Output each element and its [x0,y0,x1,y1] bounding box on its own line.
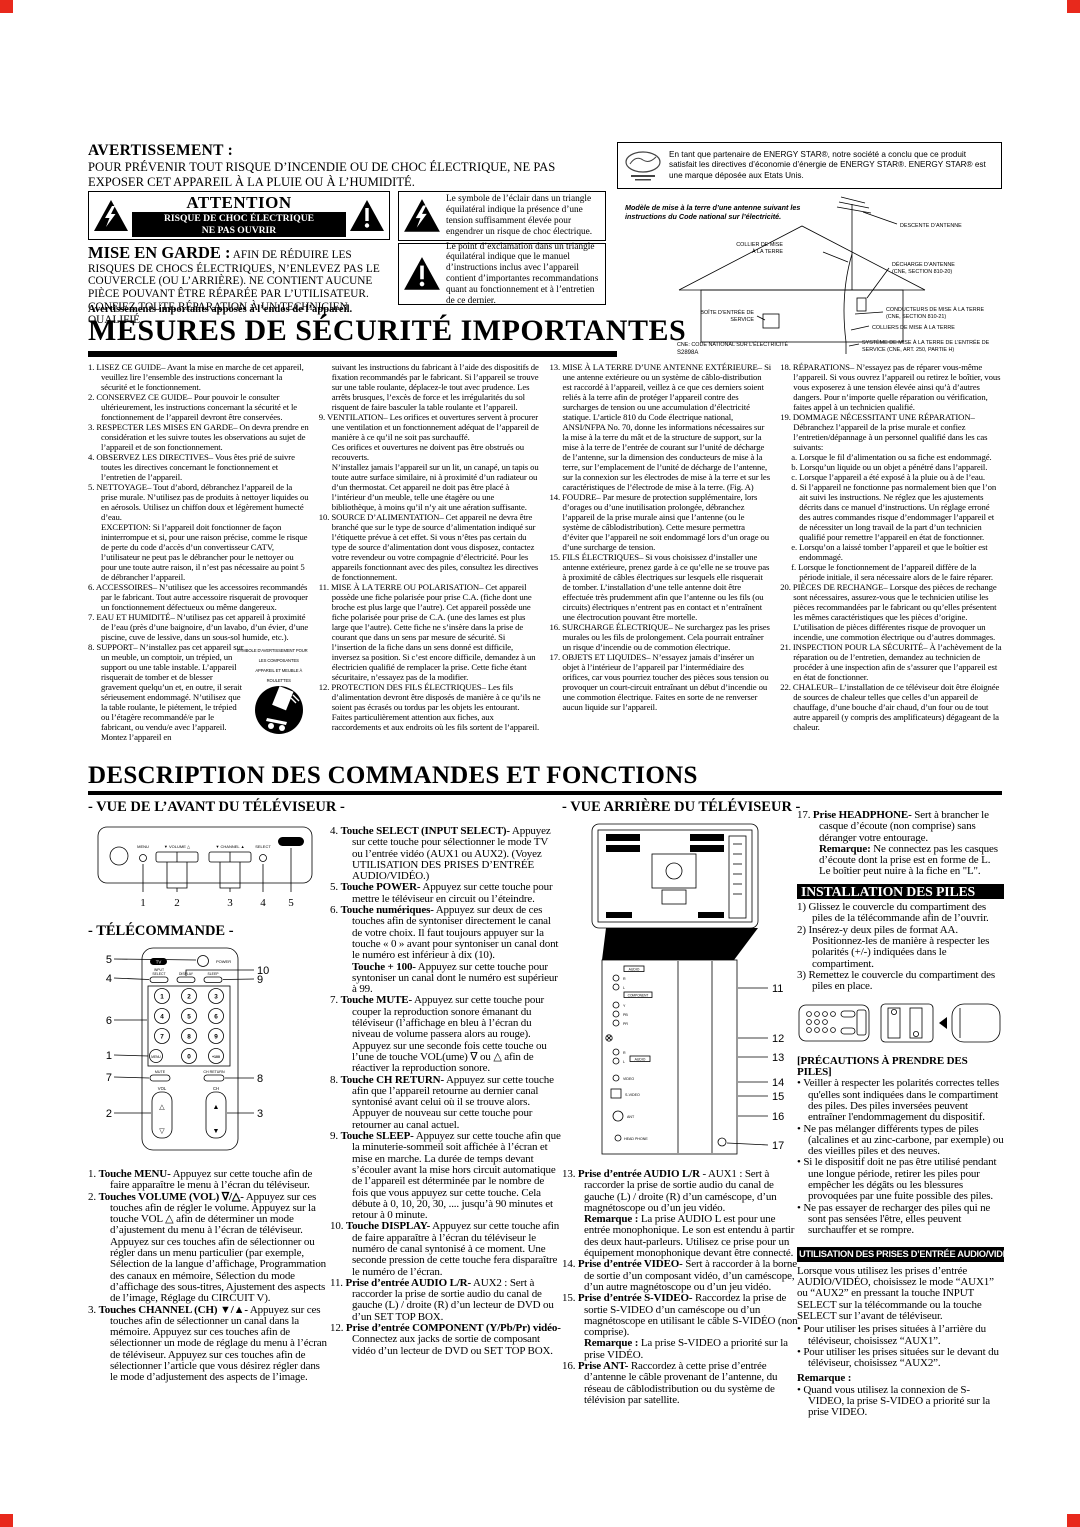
safety-subitem: b. Lorsqu’un liquide ou un objet a pénét… [780,462,1002,472]
panel-label: ▼ VOLUME △ [164,844,191,849]
diagram-label: COLLIERS DE MISE À LA TERRE [872,324,955,331]
av-usage-header: UTILISATION DES PRISES D’ENTRÉE AUDIO/VI… [797,1247,1004,1262]
remote-digit: 6 [214,1014,218,1021]
description-item: 10. Touche DISPLAY- Appuyez sur cette to… [330,1221,561,1277]
remote-label: CH [213,1086,219,1091]
callout-number: 5 [106,954,112,966]
description-item: 12. Prise d’entrée COMPONENT (Y/Pb/Pr) v… [330,1323,561,1357]
description-item: 14. Prise d’entrée VIDEO- Sert à raccord… [562,1259,802,1293]
manual-page: AVERTISSEMENT : POUR PRÉVENIR TOUT RISQU… [0,0,1080,1527]
safety-item: 1. LISEZ CE GUIDE– Avant la mise en marc… [88,362,310,392]
remote-digit: 5 [187,1014,191,1021]
safety-subitem: d. Si l’appareil ne fonctionne pas norma… [780,482,1002,542]
remote-digit: 2 [187,994,191,1001]
remote-label: CH RETURN [203,1070,225,1074]
figure-code: S2898A [677,350,698,356]
ch-up-icon: ▲ [213,1104,220,1111]
safety-item: 3. RESPECTER LES MISES EN GARDE– On devr… [88,422,310,452]
description-column-4: 17. Prise HEADPHONE- Sert à brancher le … [797,810,1004,1419]
description-items-13-16: 13. Prise d’entrée AUDIO L/R - AUX1 : Se… [562,1169,802,1406]
callout-number: 3 [227,897,233,909]
diagram-label: CONDUCTEURS DE MISE À LA TERRE [886,306,985,313]
diagram-label: SERVICE [730,317,754,323]
description-item: Remarque : La prise S-VIDEO a priorité s… [562,1338,802,1361]
warning-body: POUR PRÉVENIR TOUT RISQUE D’INCENDIE OU … [88,160,606,190]
jack-label: R [623,977,626,981]
safety-item: 18. RÉPARATIONS– N’essayez pas de répare… [780,362,1002,412]
description-item: 4. Touche SELECT (INPUT SELECT)- Appuyez… [330,826,561,882]
safety-column-2: suivant les instructions du fabricant à … [319,362,541,742]
safety-item: 20. PIÈCES DE RECHANGE– Lorsque des pièc… [780,582,1002,642]
remark-bullet: Quand vous utilisez la connexion de S-VI… [797,1385,1004,1419]
battery-precaution: Veiller à respecter les polarités correc… [797,1078,1004,1123]
attention-box: ATTENTION RISQUE DE CHOC ÉLECTRIQUE NE P… [88,191,390,240]
panel-label: MENU [137,844,149,849]
safety-subitem: a. Lorsque le fil d’alimentation ou sa f… [780,452,1002,462]
energy-star-logo [623,149,663,183]
diagram-label: COLLIER DE MISE [736,242,783,248]
callout-number: 7 [106,1072,112,1084]
remote-digit: 9 [214,1034,218,1041]
exclamation-symbol-text: Le point d’exclamation dans un triangle … [446,242,602,307]
safety-subitem: f. Lorsque le fonctionnement de l’appare… [780,562,1002,582]
jack-label: VIDEO [623,1077,634,1081]
callout-number: 15 [772,1091,784,1103]
jack-label: PR [623,1022,628,1026]
callout-number: 11 [772,983,783,995]
remote-label: VOL [158,1086,167,1091]
av-usage-bullet: Pour utiliser les prises situées à l’arr… [797,1324,1004,1347]
description-item: 15. Prise d’entrée S-VIDEO- Raccordez la… [562,1293,802,1338]
battery-step: 1) Glissez le couvercle du compartiment … [797,902,1004,925]
safety-item: 7. EAU ET HUMIDITÉ– N’utilisez pas cet a… [88,612,310,642]
jack-label: S-VIDEO [625,1093,640,1097]
attention-line1: RISQUE DE CHOC ÉLECTRIQUE [132,213,346,224]
battery-step: 2) Insérez-y deux piles de format AA. Po… [797,925,1004,970]
diagram-label: DESCENTE D’ANTENNE [900,223,962,229]
corner-marker [0,0,13,13]
jack-label: AUDIO [635,1058,646,1062]
remote-menu-label: MENU [151,1055,161,1059]
battery-install-diagram [797,998,1002,1048]
jack-label: R [623,1051,626,1055]
description-item: Remarque : La prise AUDIO L est pour une… [562,1214,802,1259]
description-item: 17. Prise HEADPHONE- Sert à brancher le … [797,810,1004,844]
jack-label: ANT [627,1115,635,1119]
diagram-caption: instructions du Code national sur l’élec… [625,212,781,221]
description-column-1: - VUE DE L’AVANT DU TÉLÉVISEUR - MENU ▼ … [88,799,326,1384]
warning-title: AVERTISSEMENT : [88,142,606,160]
jack-label: Y [623,1004,626,1008]
battery-precaution: Ne pas essayer de recharger des piles qu… [797,1203,1004,1237]
jack-label: L [623,1060,625,1064]
front-view-header: - VUE DE L’AVANT DU TÉLÉVISEUR - [88,799,326,816]
callout-number: 1 [140,897,146,909]
diagram-label: À LA TERRE [752,248,783,255]
safety-item: SYMBOLE D’AVERTISSEMENT POUR LES COMPOSA… [88,642,310,742]
safety-item: suivant les instructions du fabricant à … [319,362,541,412]
safety-item: 22. CHALEUR– L’installation de ce télévi… [780,682,1002,732]
remote-label: MUTE [155,1070,166,1074]
battery-precaution: Si le dispositif doit ne pas être utilis… [797,1157,1004,1202]
energy-star-text: En tant que partenaire de ENERGY STAR®, … [669,150,996,182]
jack-label: L [623,986,625,990]
remote-control-diagram: TV POWER INPUT SELECT DISPLAY SLEEP 1 2 … [90,944,280,1156]
exclamation-triangle-icon [348,198,386,234]
description-item: 5. Touche POWER- Appuyez sur cette touch… [330,882,561,905]
safety-item: 11. MISE À LA TERRE OU POLARISATION– Cet… [319,582,541,682]
warning-block: AVERTISSEMENT : POUR PRÉVENIR TOUT RISQU… [88,142,606,190]
diagram-label: CNE: CODE NATIONAL SUR L’ÉLECTRICITÉ [677,341,789,348]
jack-label: HEAD PHONE [624,1137,648,1141]
remote-tv-label: TV [156,960,162,965]
remote-label: SLEEP [208,972,220,976]
safety-item: 15. FILS ÉLECTRIQUES– Si vous choisissez… [550,552,772,622]
callout-number: 4 [106,973,112,985]
callout-number: 5 [288,897,294,909]
safety-item: 17. OBJETS ET LIQUIDES– N’essayez jamais… [550,652,772,712]
safety-item: 5. NETTOYAGE– Tout d’abord, débranchez l… [88,482,310,522]
remote-digit: 4 [160,1014,164,1021]
remote-power-label: POWER [216,959,231,964]
description-item: 11. Prise d’entrée AUDIO L/R- AUX2 : Ser… [330,1278,561,1323]
jack-label: COMPONENT [628,994,649,998]
av-usage-bullet: Pour utiliser les prises situées sur le … [797,1347,1004,1370]
diagram-label: DÉCHARGE D’ANTENNE [892,261,955,268]
safety-subitem: c. Lorsque l’appareil a été exposé à la … [780,472,1002,482]
diagram-label: BOÎTE D’ENTRÉE DE [700,309,754,316]
corner-marker [0,1514,13,1527]
safety-item: 10. SOURCE D’ALIMENTATION– Cet appareil … [319,512,541,582]
safety-instructions: 1. LISEZ CE GUIDE– Avant la mise en marc… [88,362,1002,742]
battery-step: 3) Remettez le couvercle du compartiment… [797,970,1004,993]
safety-section-title: MESURES DE SÉCURITÉ IMPORTANTES [88,314,686,348]
callout-number: 12 [772,1033,784,1045]
vol-down-icon: ▽ [159,1128,165,1135]
remote-digit: 0 [187,1054,191,1061]
diagram-label: SERVICE (CNE, ART. 250, PARTIE H) [862,347,954,353]
safety-column-3: 13. MISE À LA TERRE D’UNE ANTENNE EXTÉRI… [550,362,772,742]
remote-label: SELECT [152,972,165,976]
description-item: 6. Touche numériques- Appuyez sur deux d… [330,905,561,961]
description-column-2: 4. Touche SELECT (INPUT SELECT)- Appuyez… [330,826,561,1357]
description-item: 9. Touche SLEEP- Appuyez sur cette touch… [330,1131,561,1221]
tv-rear-panel-diagram: AUDIO R L COMPONENT Y PB PR R L AUDIO VI… [562,820,794,1158]
lightning-triangle-icon [92,198,130,234]
description-item: Touche + 100- Appuyez sur cette touche p… [330,962,561,996]
safety-item: N’installez jamais l’appareil sur un lit… [319,462,541,512]
safety-subitem: e. Lorsqu’on a laissé tomber l’appareil … [780,542,1002,562]
lightning-symbol-box: Le symbole de l’éclair dans un triangle … [398,191,606,241]
exclamation-triangle-icon [402,255,442,293]
safety-item: EXCEPTION: Si l’appareil doit fonctionne… [88,522,310,582]
diagram-label: (CNE, SECTION 810-20) [892,269,952,275]
attention-line2: NE PAS OUVRIR [132,225,346,236]
callout-number: 2 [174,897,180,909]
callout-number: 9 [257,974,263,986]
description-item: 2. Touches VOLUME (VOL) ∇/△- Appuyez sur… [88,1192,328,1305]
panel-label: ▼ CHANNEL ▲ [215,844,244,849]
safety-column-1: 1. LISEZ CE GUIDE– Avant la mise en marc… [88,362,310,742]
diagram-caption: Modèle de mise à la terre d’une antenne … [625,203,800,212]
safety-item: 12. PROTECTION DES FILS ÉLECTRIQUES– Les… [319,682,541,732]
callout-number: 17 [772,1140,784,1152]
safety-item: 6. ACCESSOIRES– N’utilisez que les acces… [88,582,310,612]
callout-number: 3 [257,1108,263,1120]
panel-label: SELECT [255,844,271,849]
cart-warning-caption: SYMBOLE D’AVERTISSEMENT POUR LES COMPOSA… [237,648,308,683]
mise-en-garde-lead: MISE EN GARDE : [88,243,231,262]
diagram-label: SYSTÈME DE MISE À LA TERRE DE L’ENTRÉE D… [862,339,990,346]
energy-star-box: En tant que partenaire de ENERGY STAR®, … [617,142,1002,189]
callout-number: 14 [772,1077,784,1089]
falling-tv-cart-icon [253,684,305,736]
tv-front-panel-diagram: MENU ▼ VOLUME △ ▼ CHANNEL ▲ SELECT 1 2 3… [92,824,320,912]
callout-number: 4 [260,897,266,909]
vol-up-icon: △ [159,1104,165,1111]
lightning-triangle-icon [402,197,442,235]
title-rule [88,351,617,357]
safety-column-4: 18. RÉPARATIONS– N’essayez pas de répare… [780,362,1002,742]
battery-precaution: Ne pas mélanger différents types de pile… [797,1124,1004,1158]
corner-marker [1067,0,1080,13]
title-rule [88,791,1002,795]
safety-item: 2. CONSERVEZ CE GUIDE– Pour pouvoir le c… [88,392,310,422]
remote-header: - TÉLÉCOMMANDE - [88,923,326,940]
exclamation-symbol-box: Le point d’exclamation dans un triangle … [398,243,606,305]
description-items-1-3: 1. Touche MENU- Appuyez sur cette touche… [88,1169,328,1384]
callout-number: 13 [772,1052,784,1064]
safety-item: Ces orifices et ouvertures ne doivent pa… [319,442,541,462]
lightning-symbol-text: Le symbole de l’éclair dans un triangle … [446,194,602,237]
callout-number: 6 [106,1015,112,1027]
jack-label: AUDIO [629,968,640,972]
callout-number: 8 [257,1073,263,1085]
safety-item: 14. FOUDRE– Par mesure de protection sup… [550,492,772,552]
description-section-title: DESCRIPTION DES COMMANDES ET FONCTIONS [88,762,698,790]
remote-digit: 7 [160,1034,164,1041]
description-item: 16. Prise ANT- Raccordez à cette prise d… [562,1361,802,1406]
description-item: 13. Prise d’entrée AUDIO L/R - AUX1 : Se… [562,1169,802,1214]
attention-title: ATTENTION [130,194,348,211]
av-usage-body: Lorsque vous utilisez les prises d’entré… [797,1266,1004,1322]
remote-plus100-label: +100 [212,1055,220,1059]
jack-label: PB [623,1013,628,1017]
safety-item: 13. MISE À LA TERRE D’UNE ANTENNE EXTÉRI… [550,362,772,492]
safety-item: 21. INSPECTION POUR LA SÉCURITÉ– À l’ach… [780,642,1002,682]
callout-number: 1 [106,1050,112,1062]
description-item: 3. Touches CHANNEL (CH) ▼/▲- Appuyez sur… [88,1305,328,1384]
description-item: Remarque: Ne connectez pas les casques d… [797,844,1004,878]
safety-item: 9. VENTILATION– Les orifices et ouvertur… [319,412,541,442]
remote-digit: 8 [187,1034,191,1041]
remote-digit: 1 [160,994,164,1001]
safety-item: 19. DOMMAGE NÉCESSITANT UNE RÉPARATION– … [780,412,1002,452]
description-item: 8. Touche CH RETURN- Appuyez sur cette t… [330,1075,561,1131]
description-column-3: - VUE ARRIÈRE DU TÉLÉVISEUR - AUDIO [562,799,802,1406]
rear-view-header: - VUE ARRIÈRE DU TÉLÉVISEUR - [562,799,802,816]
remote-digit: 3 [214,994,218,1001]
battery-precautions-title: [PRÉCAUTIONS À PRENDRE DES PILES] [797,1056,1004,1079]
callout-number: 16 [772,1111,784,1123]
ch-down-icon: ▼ [213,1128,220,1135]
description-item: 7. Touche MUTE- Appuyez sur cette touche… [330,995,561,1074]
callout-number: 2 [106,1108,112,1120]
battery-install-header: INSTALLATION DES PILES [797,884,1004,899]
corner-marker [1067,1514,1080,1527]
diagram-label: (CNE, SECTION 810-21) [886,314,946,320]
safety-item: 16. SURCHARGE ÉLECTRIQUE– Ne surchargez … [550,622,772,652]
safety-item: 4. OBSERVEZ LES DIRECTIVES– Vous êtes pr… [88,452,310,482]
description-item: 1. Touche MENU- Appuyez sur cette touche… [88,1169,328,1192]
